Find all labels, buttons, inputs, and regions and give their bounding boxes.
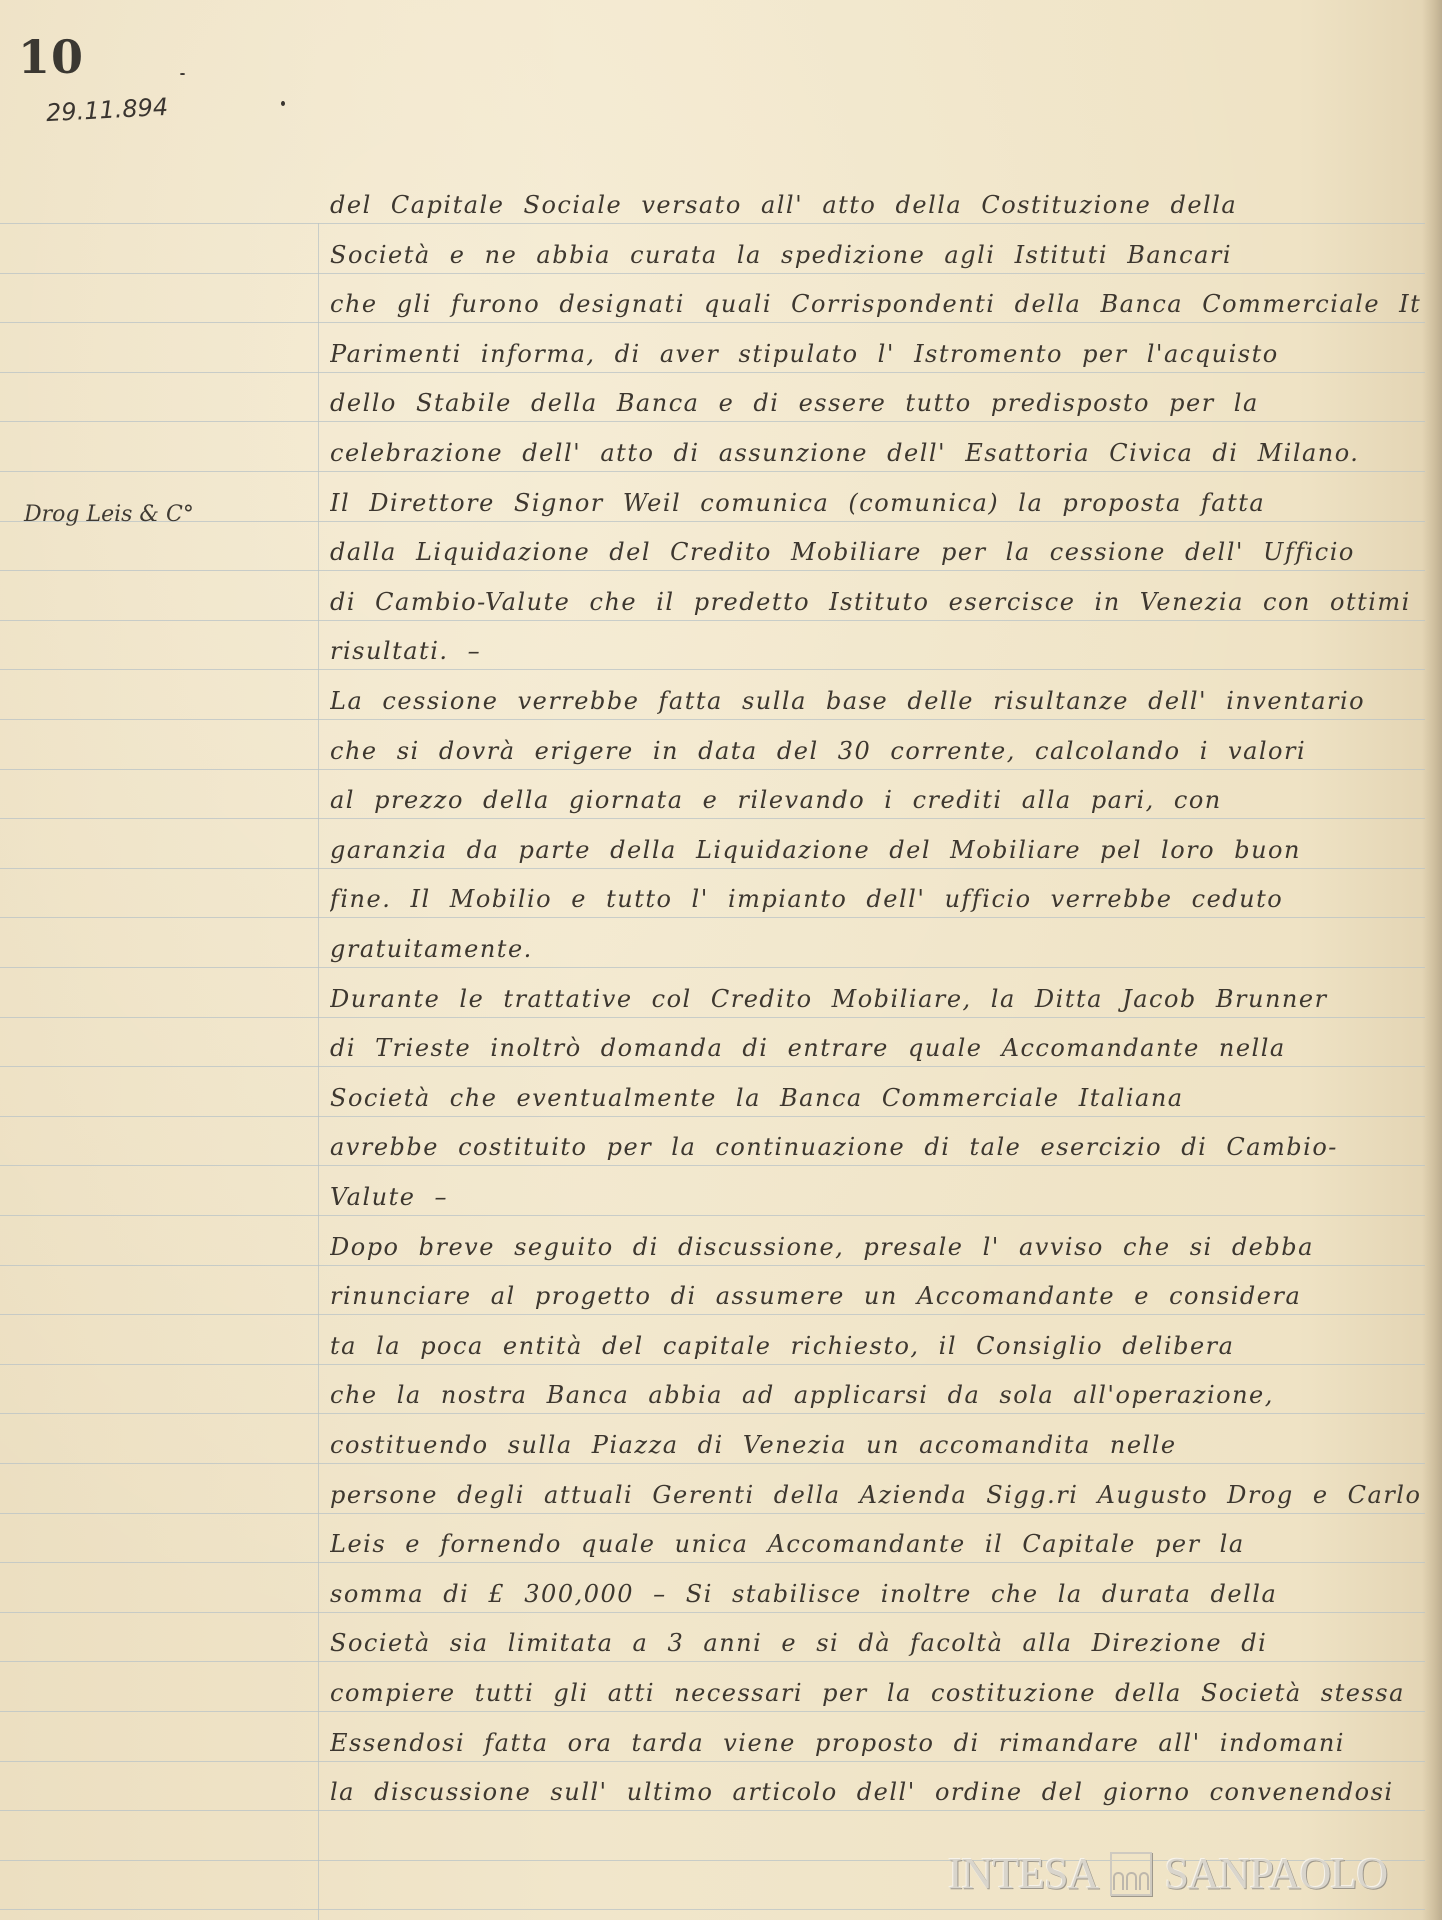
entry-date: 29.11.894 xyxy=(45,93,168,127)
text-line: garanzia da parte della Liquidazione del… xyxy=(330,836,1420,864)
page-number: 10 xyxy=(18,30,84,84)
ruled-line xyxy=(0,1215,1425,1216)
text-line: fine. Il Mobilio e tutto l' impianto del… xyxy=(330,885,1420,913)
ruled-line xyxy=(0,1017,1425,1018)
text-line: che la nostra Banca abbia ad applicarsi … xyxy=(330,1381,1420,1409)
text-line: Società e ne abbia curata la spedizione … xyxy=(330,241,1420,269)
text-line: risultati. – xyxy=(330,637,1420,665)
text-line: Essendosi fatta ora tarda viene proposto… xyxy=(330,1729,1420,1757)
margin-note: Drog Leis & C° xyxy=(24,502,194,527)
ruled-line xyxy=(0,1661,1425,1662)
text-line: Valute – xyxy=(330,1183,1420,1211)
ruled-line xyxy=(0,1909,1425,1910)
text-line: che gli furono designati quali Corrispon… xyxy=(330,290,1420,318)
ink-speck xyxy=(281,101,285,106)
ruled-line xyxy=(0,818,1425,819)
ruled-line xyxy=(0,1562,1425,1563)
ruled-line xyxy=(0,521,1425,522)
ruled-line xyxy=(0,570,1425,571)
text-line: dello Stabile della Banca e di essere tu… xyxy=(330,389,1420,417)
ruled-line xyxy=(0,1810,1425,1811)
binding-gutter xyxy=(1422,0,1442,1920)
ruled-line xyxy=(0,1116,1425,1117)
ruled-line xyxy=(0,917,1425,918)
bank-watermark: INTESA SANPAOLO xyxy=(948,1848,1387,1899)
ruled-line xyxy=(0,1413,1425,1414)
ruled-line xyxy=(0,1463,1425,1464)
ruled-line xyxy=(0,769,1425,770)
text-line: che si dovrà erigere in data del 30 corr… xyxy=(330,737,1420,765)
ruled-line xyxy=(0,1364,1425,1365)
text-line: La cessione verrebbe fatta sulla base de… xyxy=(330,687,1420,715)
ruled-line xyxy=(0,322,1425,323)
text-line: Società sia limitata a 3 anni e si dà fa… xyxy=(330,1629,1420,1657)
watermark-left-text: INTESA xyxy=(948,1848,1098,1899)
text-line: celebrazione dell' atto di assunzione de… xyxy=(330,439,1420,467)
ruled-line xyxy=(0,868,1425,869)
ruled-line xyxy=(0,1612,1425,1613)
text-line: compiere tutti gli atti necessari per la… xyxy=(330,1679,1420,1707)
ruled-line xyxy=(0,273,1425,274)
text-line: Il Direttore Signor Weil comunica (comun… xyxy=(330,489,1420,517)
ruled-line xyxy=(0,719,1425,720)
text-line: la discussione sull' ultimo articolo del… xyxy=(330,1778,1420,1806)
ruled-line xyxy=(0,223,1425,224)
text-line: costituendo sulla Piazza di Venezia un a… xyxy=(330,1431,1420,1459)
ruled-line xyxy=(0,1314,1425,1315)
text-line: dalla Liquidazione del Credito Mobiliare… xyxy=(330,538,1420,566)
text-line: Leis e fornendo quale unica Accomandante… xyxy=(330,1530,1420,1558)
text-line: gratuitamente. xyxy=(330,935,1420,963)
text-line: Società che eventualmente la Banca Comme… xyxy=(330,1084,1420,1112)
ruled-line xyxy=(0,471,1425,472)
text-line: persone degli attuali Gerenti della Azie… xyxy=(330,1481,1420,1509)
ruled-line xyxy=(0,1711,1425,1712)
ruled-line xyxy=(0,1265,1425,1266)
ruled-line xyxy=(0,669,1425,670)
ruled-line xyxy=(0,1066,1425,1067)
text-line: avrebbe costituito per la continuazione … xyxy=(330,1133,1420,1161)
ink-speck xyxy=(180,73,185,75)
text-line: del Capitale Sociale versato all' atto d… xyxy=(330,191,1420,219)
text-line: somma di £ 300,000 – Si stabilisce inolt… xyxy=(330,1580,1420,1608)
ruled-line xyxy=(0,372,1425,373)
text-line: di Trieste inoltrò domanda di entrare qu… xyxy=(330,1034,1420,1062)
ledger-page: 10 29.11.894 Drog Leis & C° del Capitale… xyxy=(0,0,1442,1920)
ruled-line xyxy=(0,967,1425,968)
arches-logo-icon xyxy=(1110,1852,1152,1896)
text-line: ta la poca entità del capitale richiesto… xyxy=(330,1332,1420,1360)
ruled-line xyxy=(0,620,1425,621)
ruled-line xyxy=(0,421,1425,422)
text-line: al prezzo della giornata e rilevando i c… xyxy=(330,786,1420,814)
text-line: Durante le trattative col Credito Mobili… xyxy=(330,985,1420,1013)
text-line: Parimenti informa, di aver stipulato l' … xyxy=(330,340,1420,368)
text-line: rinunciare al progetto di assumere un Ac… xyxy=(330,1282,1420,1310)
ruled-line xyxy=(0,1761,1425,1762)
watermark-right-text: SANPAOLO xyxy=(1164,1848,1387,1899)
text-line: di Cambio-Valute che il predetto Istitut… xyxy=(330,588,1420,616)
margin-line xyxy=(318,223,319,1920)
ruled-line xyxy=(0,1165,1425,1166)
text-line: Dopo breve seguito di discussione, presa… xyxy=(330,1233,1420,1261)
ruled-line xyxy=(0,1513,1425,1514)
